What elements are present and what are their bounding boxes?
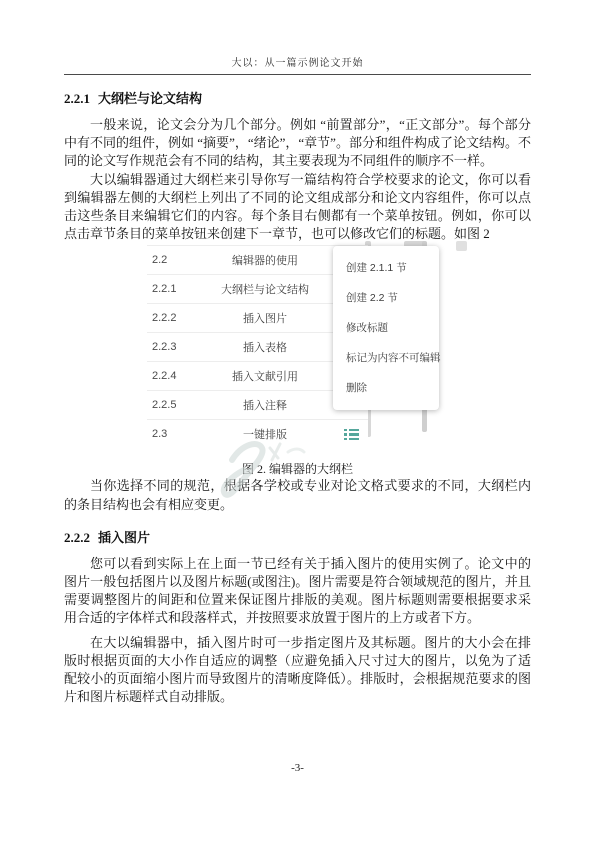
section-title: 插入图片	[98, 530, 150, 545]
row-menu-slot	[334, 429, 368, 440]
figure-outline-screenshot: 2.2 编辑器的使用 2.2.1 大纲栏与论文结构 2.2.2 插入图片 2.2…	[64, 245, 531, 450]
paragraph: 一般来说，论文会分为几个部分。例如 “前置部分”，“正文部分”。每个部分中有不同…	[64, 116, 531, 171]
page-number: -3-	[0, 762, 595, 774]
menu-item: 创建 2.2 节	[333, 283, 439, 313]
menu-item: 创建 2.1.1 节	[333, 253, 439, 283]
running-header: 大以：从一篇示例论文开始	[64, 54, 531, 75]
paragraph: 大以编辑器通过大纲栏来引导你写一篇结构符合学校要求的论文，你可以看到编辑器左侧的…	[64, 171, 531, 244]
row-title: 编辑器的使用	[196, 252, 334, 268]
row-number: 2.2.1	[147, 283, 196, 295]
row-number: 2.2.3	[147, 341, 196, 353]
section-number: 2.2.1	[64, 91, 90, 106]
section-number: 2.2.2	[64, 530, 90, 545]
document-page: 大以：从一篇示例论文开始 2.2.1大纲栏与论文结构 一般来说，论文会分为几个部…	[0, 0, 595, 842]
row-number: 2.2.5	[147, 399, 196, 411]
section-heading-2-2-2: 2.2.2插入图片	[64, 530, 531, 545]
menu-item: 标记为内容不可编辑	[333, 343, 439, 373]
row-title: 一键排版	[196, 426, 334, 442]
row-title: 插入图片	[196, 310, 334, 326]
row-number: 2.2.2	[147, 312, 196, 324]
paragraph: 您可以看到实际上在上面一节已经有关于插入图片的使用实例了。论文中的图片一般包括图…	[64, 555, 531, 628]
section-title: 大纲栏与论文结构	[98, 91, 202, 106]
menu-item: 删除	[333, 373, 439, 403]
figure-caption: 图 2. 编辑器的大纲栏	[64, 460, 531, 477]
paragraph: 在大以编辑器中，插入图片时可一步指定图片及其标题。图片的大小会在排版时根据页面的…	[64, 634, 531, 707]
row-title: 插入注释	[196, 397, 334, 413]
outline-row: 2.3 一键排版	[147, 419, 368, 448]
paragraph: 当你选择不同的规范，根据各学校或专业对论文格式要求的不同，大纲栏内的条目结构也会…	[64, 477, 531, 513]
section-heading-2-2-1: 2.2.1大纲栏与论文结构	[64, 91, 531, 106]
row-title: 大纲栏与论文结构	[196, 281, 334, 297]
row-number: 2.2	[147, 254, 196, 266]
panel-edge-strip	[456, 241, 467, 251]
context-menu: 创建 2.1.1 节 创建 2.2 节 修改标题 标记为内容不可编辑 删除	[333, 246, 439, 410]
menu-item: 修改标题	[333, 313, 439, 343]
row-title: 插入表格	[196, 339, 334, 355]
row-number: 2.3	[147, 428, 196, 440]
list-menu-icon	[344, 429, 359, 440]
running-header-title: 大以：从一篇示例论文开始	[232, 58, 364, 69]
row-title: 插入文献引用	[196, 368, 334, 384]
row-number: 2.2.4	[147, 370, 196, 382]
